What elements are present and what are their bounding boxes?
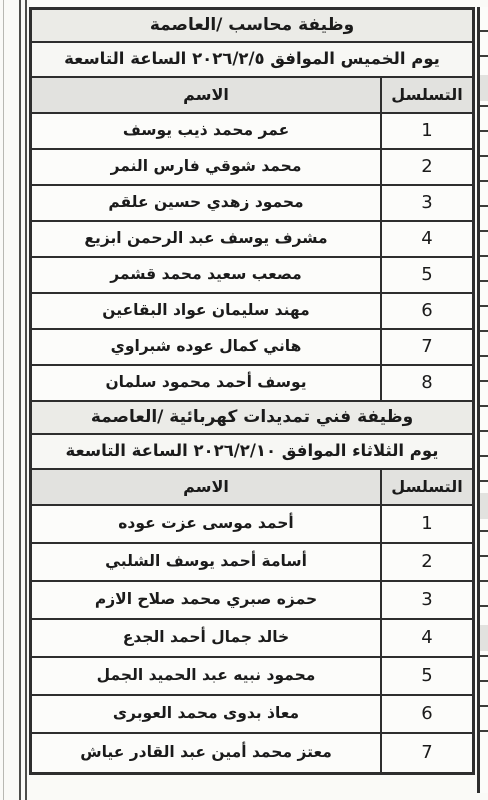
applicant-serial: 2: [380, 150, 472, 184]
applicant-serial: 1: [380, 114, 472, 148]
interview-date-row: يوم الخميس الموافق ٢٠٢٦/٢/٥ الساعة التاس…: [32, 43, 472, 78]
interview-schedule-table: وظيفة محاسب /العاصمة يوم الخميس الموافق …: [29, 7, 475, 775]
applicant-serial: 8: [380, 366, 472, 400]
job-title: وظيفة محاسب /العاصمة: [32, 10, 472, 41]
cropped-column-shaded-cell: [480, 625, 488, 651]
applicant-row: 8 يوسف أحمد محمود سلمان: [32, 366, 472, 402]
applicant-name: مصعب سعيد محمد قشمر: [32, 258, 380, 292]
name-column-header: الاسم: [32, 470, 380, 504]
applicant-row: 7 هاني كمال عوده شبراوي: [32, 330, 472, 366]
applicant-serial: 3: [380, 186, 472, 220]
serial-column-header: التسلسل: [380, 470, 472, 504]
applicant-row: 2 محمد شوقي فارس النمر: [32, 150, 472, 186]
page-margin-line-inner-2: [25, 0, 27, 800]
page-margin-line-outer: [3, 0, 4, 800]
applicant-row: 4 خالد جمال أحمد الجدع: [32, 620, 472, 658]
applicant-name: معاذ بدوى محمد العوبرى: [32, 696, 380, 732]
applicant-row: 5 مصعب سعيد محمد قشمر: [32, 258, 472, 294]
applicant-name: مشرف يوسف عبد الرحمن ابزيع: [32, 222, 380, 256]
applicant-serial: 4: [380, 620, 472, 656]
interview-datetime: يوم الثلاثاء الموافق ٢٠٢٦/٢/١٠ الساعة ال…: [32, 435, 472, 468]
applicant-serial: 3: [380, 582, 472, 618]
applicant-name: محمد شوقي فارس النمر: [32, 150, 380, 184]
column-header-row: التسلسل الاسم: [32, 470, 472, 506]
applicant-name: معتز محمد أمين عبد القادر عياش: [32, 734, 380, 772]
applicant-serial: 4: [380, 222, 472, 256]
page-margin-line-inner-1: [19, 0, 21, 800]
applicant-serial: 2: [380, 544, 472, 580]
applicant-name: محمود زهدي حسين علقم: [32, 186, 380, 220]
applicant-name: محمود نبيه عبد الحميد الجمل: [32, 658, 380, 694]
applicant-row: 5 محمود نبيه عبد الحميد الجمل: [32, 658, 472, 696]
applicant-row: 4 مشرف يوسف عبد الرحمن ابزيع: [32, 222, 472, 258]
job-title-row: وظيفة فني تمديدات كهربائية /العاصمة: [32, 402, 472, 435]
cropped-column-shaded-cell: [480, 75, 488, 101]
applicant-row: 2 أسامة أحمد يوسف الشلبي: [32, 544, 472, 582]
job-title-row: وظيفة محاسب /العاصمة: [32, 10, 472, 43]
applicant-row: 1 عمر محمد ذيب يوسف: [32, 114, 472, 150]
applicant-row: 3 حمزه صبري محمد صلاح الازم: [32, 582, 472, 620]
name-column-header: الاسم: [32, 78, 380, 112]
applicant-name: يوسف أحمد محمود سلمان: [32, 366, 380, 400]
applicant-row: 6 مهند سليمان عواد البقاعين: [32, 294, 472, 330]
applicant-name: أحمد موسى عزت عوده: [32, 506, 380, 542]
applicant-serial: 5: [380, 258, 472, 292]
applicant-name: أسامة أحمد يوسف الشلبي: [32, 544, 380, 580]
applicant-serial: 6: [380, 696, 472, 732]
applicant-row: 3 محمود زهدي حسين علقم: [32, 186, 472, 222]
interview-datetime: يوم الخميس الموافق ٢٠٢٦/٢/٥ الساعة التاس…: [32, 43, 472, 76]
applicant-name: عمر محمد ذيب يوسف: [32, 114, 380, 148]
cropped-column-shaded-cell: [480, 493, 488, 519]
applicant-serial: 5: [380, 658, 472, 694]
applicant-row: 7 معتز محمد أمين عبد القادر عياش: [32, 734, 472, 772]
applicant-name: حمزه صبري محمد صلاح الازم: [32, 582, 380, 618]
applicant-serial: 7: [380, 734, 472, 772]
interview-date-row: يوم الثلاثاء الموافق ٢٠٢٦/٢/١٠ الساعة ال…: [32, 435, 472, 470]
applicant-name: مهند سليمان عواد البقاعين: [32, 294, 380, 328]
cropped-adjacent-column: [477, 7, 488, 793]
job-section-electrical-technician: وظيفة فني تمديدات كهربائية /العاصمة يوم …: [32, 402, 472, 772]
applicant-serial: 6: [380, 294, 472, 328]
applicant-name: هاني كمال عوده شبراوي: [32, 330, 380, 364]
column-header-row: التسلسل الاسم: [32, 78, 472, 114]
job-title: وظيفة فني تمديدات كهربائية /العاصمة: [32, 402, 472, 433]
applicant-row: 1 أحمد موسى عزت عوده: [32, 506, 472, 544]
job-section-accountant: وظيفة محاسب /العاصمة يوم الخميس الموافق …: [32, 10, 472, 402]
applicant-serial: 7: [380, 330, 472, 364]
applicant-row: 6 معاذ بدوى محمد العوبرى: [32, 696, 472, 734]
serial-column-header: التسلسل: [380, 78, 472, 112]
applicant-serial: 1: [380, 506, 472, 542]
applicant-name: خالد جمال أحمد الجدع: [32, 620, 380, 656]
